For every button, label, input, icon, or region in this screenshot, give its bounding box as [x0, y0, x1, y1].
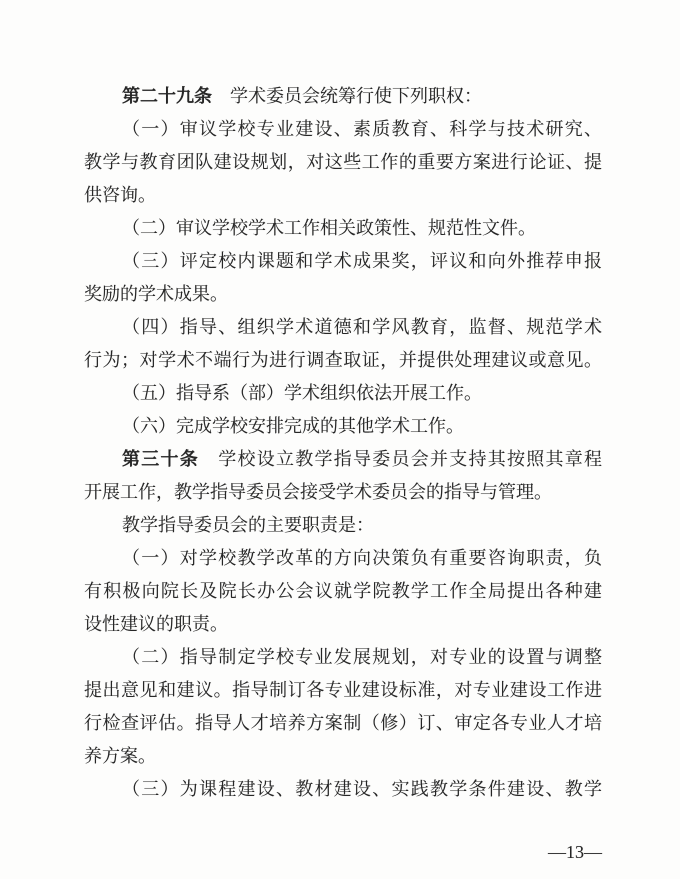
text-line: （三）为课程建设、教材建设、实践教学条件建设、教学: [84, 773, 602, 806]
text-line: 设性建议的职责。: [84, 608, 602, 641]
article-number: 第三十条: [122, 449, 199, 469]
text-line: 行检查评估。指导人才培养方案制（修）订、审定各专业人才培: [84, 707, 602, 740]
text-line: （一）审议学校专业建设、素质教育、科学与技术研究、: [84, 113, 602, 146]
document-lines: 第二十九条 学术委员会统筹行使下列职权：（一）审议学校专业建设、素质教育、科学与…: [84, 80, 602, 806]
text-line: 有积极向院长及院长办公会议就学院教学工作全局提出各种建: [84, 575, 602, 608]
text-line: 第二十九条 学术委员会统筹行使下列职权：: [84, 80, 602, 113]
text-line: 教学指导委员会的主要职责是：: [84, 509, 602, 542]
text-line: 提出意见和建议。指导制订各专业建设标准，对专业建设工作进: [84, 674, 602, 707]
text-line: 开展工作，教学指导委员会接受学术委员会的指导与管理。: [84, 476, 602, 509]
text-line: （一）对学校教学改革的方向决策负有重要咨询职责，负: [84, 542, 602, 575]
text-line: 奖励的学术成果。: [84, 278, 602, 311]
article-text: 学术委员会统筹行使下列职权：: [212, 86, 482, 106]
text-line: 行为；对学术不端行为进行调查取证，并提供处理建议或意见。: [84, 344, 602, 377]
article-number: 第二十九条: [122, 86, 212, 106]
article-text: 学校设立教学指导委员会并支持其按照其章程: [199, 449, 602, 469]
text-line: （六）完成学校安排完成的其他学术工作。: [84, 410, 602, 443]
document-page: 第二十九条 学术委员会统筹行使下列职权：（一）审议学校专业建设、素质教育、科学与…: [0, 0, 680, 879]
text-line: 养方案。: [84, 740, 602, 773]
text-line: 第三十条 学校设立教学指导委员会并支持其按照其章程: [84, 443, 602, 476]
text-line: （二）审议学校学术工作相关政策性、规范性文件。: [84, 212, 602, 245]
text-line: （二）指导制定学校专业发展规划，对专业的设置与调整: [84, 641, 602, 674]
page-number: —13—: [84, 836, 602, 869]
text-line: （四）指导、组织学术道德和学风教育，监督、规范学术: [84, 311, 602, 344]
text-line: 供咨询。: [84, 179, 602, 212]
text-line: （五）指导系（部）学术组织依法开展工作。: [84, 377, 602, 410]
text-line: （三）评定校内课题和学术成果奖，评议和向外推荐申报: [84, 245, 602, 278]
text-line: 教学与教育团队建设规划，对这些工作的重要方案进行论证、提: [84, 146, 602, 179]
